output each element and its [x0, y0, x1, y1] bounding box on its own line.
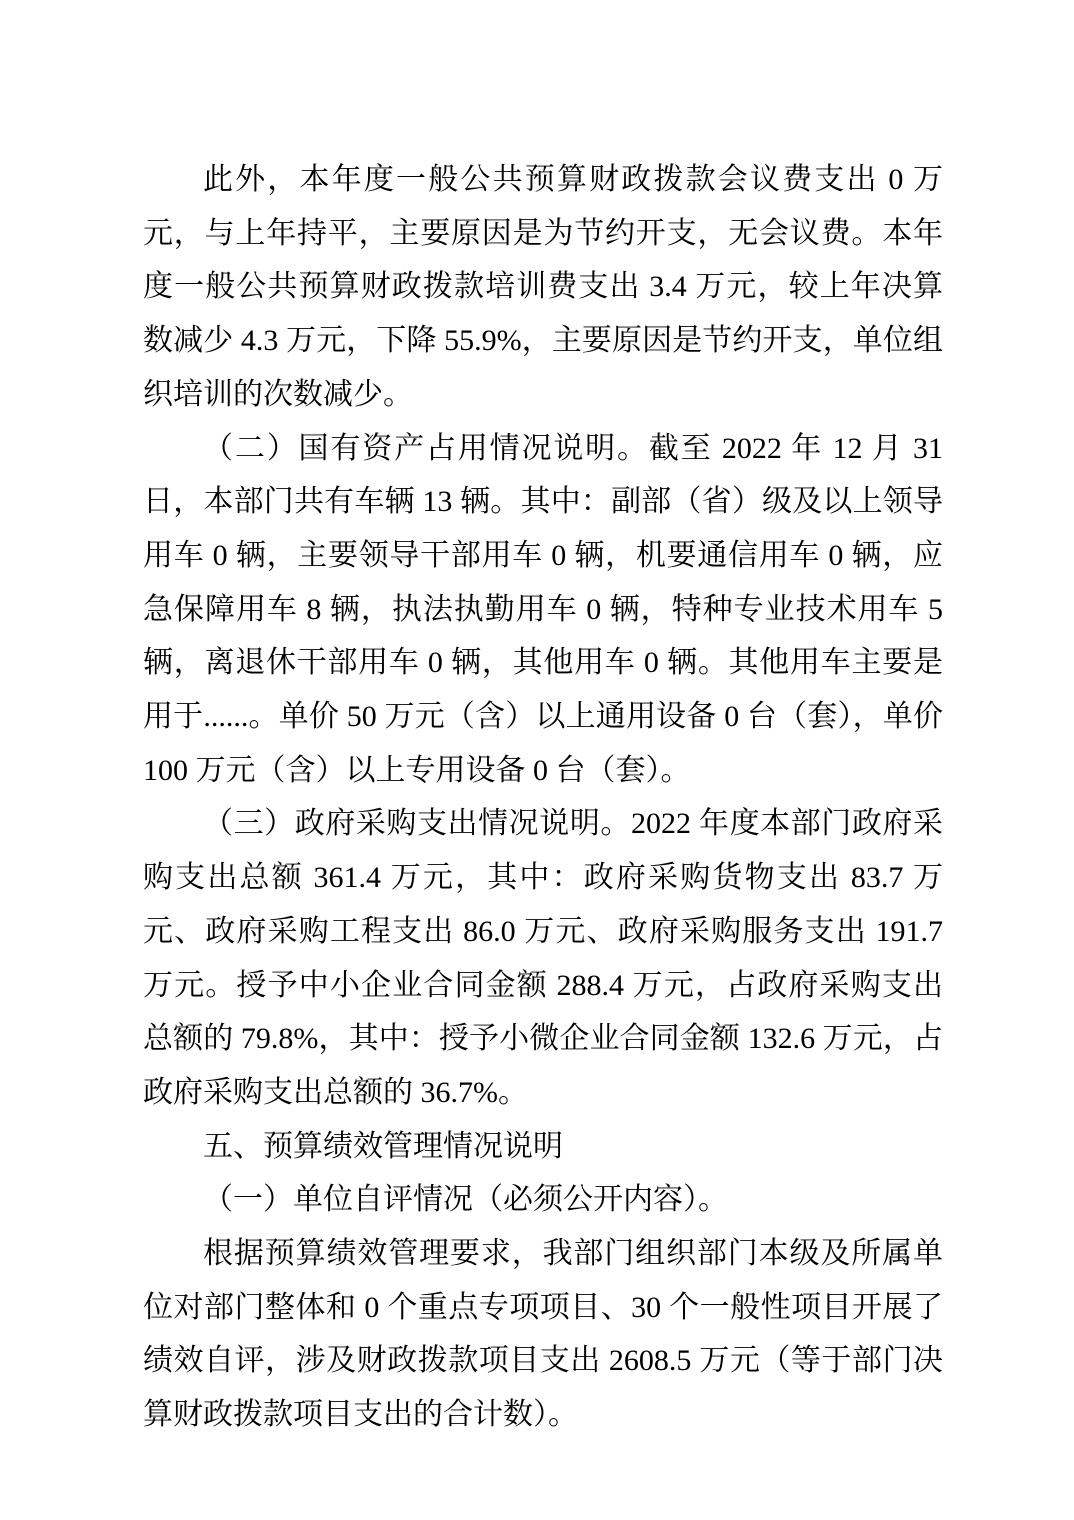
subheading-self-evaluation: （一）单位自评情况（必须公开内容）。	[143, 1173, 943, 1227]
document-page: 此外，本年度一般公共预算财政拨款会议费支出 0 万元，与上年持平，主要原因是为节…	[0, 0, 1074, 1520]
paragraph-performance-self-evaluation: 根据预算绩效管理要求，我部门组织部门本级及所属单位对部门整体和 0 个重点专项项…	[143, 1227, 943, 1442]
paragraph-government-procurement: （三）政府采购支出情况说明。2022 年度本部门政府采购支出总额 361.4 万…	[143, 797, 943, 1119]
paragraph-meeting-training-expense: 此外，本年度一般公共预算财政拨款会议费支出 0 万元，与上年持平，主要原因是为节…	[143, 153, 943, 422]
paragraph-state-owned-assets: （二）国有资产占用情况说明。截至 2022 年 12 月 31 日，本部门共有车…	[143, 422, 943, 798]
section-heading-budget-performance: 五、预算绩效管理情况说明	[143, 1120, 943, 1174]
document-body: 此外，本年度一般公共预算财政拨款会议费支出 0 万元，与上年持平，主要原因是为节…	[143, 153, 943, 1442]
